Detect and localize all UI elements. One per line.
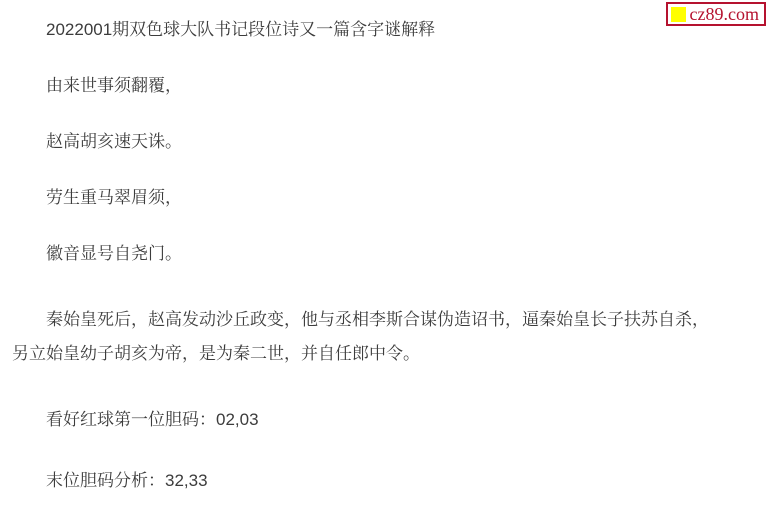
prediction-line-2: 末位胆码分析：32,33 (12, 464, 725, 498)
poem-line-4: 徽音显号自尧门。 (12, 237, 725, 271)
poem-line-3: 劳生重马翠眉须， (12, 181, 725, 215)
prediction-line-1: 看好红球第一位胆码：02,03 (12, 403, 725, 437)
article-title: 2022001期双色球大队书记段位诗又一篇含字谜解释 (12, 13, 725, 47)
logo-yellow-square-icon (671, 7, 686, 22)
poem-line-2: 赵高胡亥速天诛。 (12, 125, 725, 159)
article-content: 2022001期双色球大队书记段位诗又一篇含字谜解释 由来世事须翻覆， 赵高胡亥… (0, 13, 767, 498)
poem-line-1: 由来世事须翻覆， (12, 69, 725, 103)
site-logo[interactable]: cz89.com (666, 2, 766, 26)
article-page: cz89.com 2022001期双色球大队书记段位诗又一篇含字谜解释 由来世事… (0, 0, 767, 520)
logo-text: cz89.com (690, 5, 759, 23)
explanation-paragraph: 秦始皇死后，赵高发动沙丘政变，他与丞相李斯合谋伪造诏书，逼秦始皇长子扶苏自杀，另… (12, 303, 725, 371)
